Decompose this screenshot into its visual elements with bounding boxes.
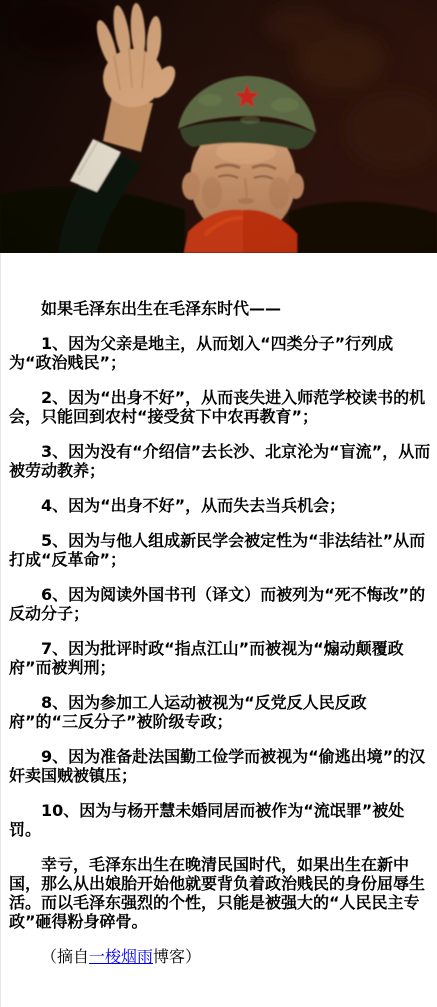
paragraph-6: 6、因为阅读外国书刊（译文）而被列为“死不悔改”的反动分子； bbox=[9, 585, 431, 623]
paragraph-5: 5、因为与他人组成新民学会被定性为“非法结社”从而打成“反革命”； bbox=[9, 531, 431, 569]
paragraph-3: 3、因为没有“介绍信”去长沙、北京沦为“盲流”，从而被劳动教养； bbox=[9, 442, 431, 480]
closing-paragraph: 幸亏，毛泽东出生在晚清民国时代，如果出生在新中国，那么从出娘胎开始他就要背负着政… bbox=[9, 855, 431, 931]
paragraph-2: 2、因为“出身不好”，从而丧失进入师范学校读书的机会，只能回到农村“接受贫下中农… bbox=[9, 388, 431, 426]
paragraph-10: 10、因为与杨开慧未婚同居而被作为“流氓罪”被处罚。 bbox=[9, 801, 431, 839]
paragraph-4: 4、因为“出身不好”，从而失去当兵机会； bbox=[9, 496, 431, 515]
paragraph-8: 8、因为参加工人运动被视为“反党反人民反政府”的“三反分子”被阶级专政； bbox=[9, 693, 431, 731]
source-suffix: 博客） bbox=[153, 947, 201, 966]
source-prefix: （摘自 bbox=[41, 947, 89, 966]
paragraph-7: 7、因为批评时政“指点江山”而被视为“煽动颠覆政府”而被判刑； bbox=[9, 639, 431, 677]
source-link[interactable]: 一梭烟雨 bbox=[89, 947, 153, 966]
paragraph-1: 1、因为父亲是地主，从而划入“四类分子”行列成为“政治贱民”； bbox=[9, 334, 431, 372]
source-note: （摘自一梭烟雨博客） bbox=[9, 947, 431, 966]
photo-vignette bbox=[0, 0, 437, 253]
mao-photo-illustration bbox=[0, 0, 437, 253]
mao-photo bbox=[0, 0, 437, 253]
paragraph-9: 9、因为准备赴法国勤工俭学而被视为“偷逃出境”的汉奸卖国贼被镇压； bbox=[9, 747, 431, 785]
article-body: 如果毛泽东出生在毛泽东时代—— 1、因为父亲是地主，从而划入“四类分子”行列成为… bbox=[0, 253, 437, 1007]
article-title: 如果毛泽东出生在毛泽东时代—— bbox=[9, 299, 431, 318]
